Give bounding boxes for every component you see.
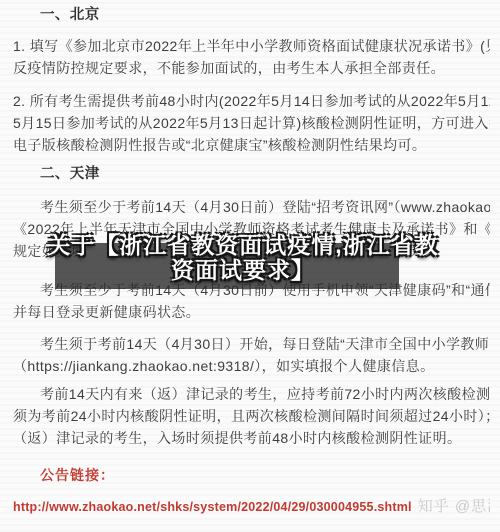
overlay-title-line1: 关于【浙江省教资面试疫情,浙江省教 bbox=[0, 233, 486, 258]
doc-line: （https://jiankang.zhaokao.net:9318/），如实填… bbox=[13, 355, 490, 377]
section-heading-beijing: 一、北京 bbox=[13, 4, 490, 26]
tianjin-paragraph-4: 考前14天内有来（返）津记录的考生，应持考前72小时内两次核酸检测阴性证明（其中… bbox=[13, 383, 490, 449]
doc-line: 反疫情防控规定要求，不能参加面试的，由考生本人承担全部责任。 bbox=[13, 57, 490, 79]
announcement-url-link[interactable]: http://www.zhaokao.net/shks/system/2022/… bbox=[13, 500, 412, 514]
beijing-paragraph-1: 1. 填写《参加北京市2022年上半年中小学教师资格面试健康状况承诺书》(见附件… bbox=[13, 35, 490, 79]
doc-line: 考前14天内有来（返）津记录的考生，应持考前72小时内两次核酸检测阴性证明（其中… bbox=[13, 383, 490, 405]
announcement-link-label: 公告链接： bbox=[13, 464, 490, 486]
announcement-link-block: 公告链接： bbox=[13, 464, 490, 486]
heading-beijing: 一、北京 bbox=[13, 4, 490, 26]
doc-line: 考生须至少于考前14天（4月30日前）登陆“招考资讯网”（www.zhaokao… bbox=[13, 196, 490, 218]
tianjin-paragraph-3: 考生须于考前14天（4月30日）开始，每日登陆“天津市全国中小学教师资格考试健康… bbox=[13, 333, 490, 377]
overlay-title-line2: 资面试要求】 bbox=[0, 258, 486, 283]
doc-line: 须为考前24小时内核酸阴性证明，且两次核酸检测间隔时间须超过24小时）；考前14… bbox=[13, 405, 490, 427]
doc-line: 1. 填写《参加北京市2022年上半年中小学教师资格面试健康状况承诺书》(见附件… bbox=[13, 35, 490, 57]
doc-line: 2. 所有考生需提供考前48小时内(2022年5月14日参加考试的从2022年5… bbox=[13, 90, 490, 112]
doc-line: 5月15日参加考试的从2022年5月13日起计算)核酸检测阴性证明，方可进入考点… bbox=[13, 112, 490, 134]
article-screenshot: 一、北京 1. 填写《参加北京市2022年上半年中小学教师资格面试健康状况承诺书… bbox=[0, 0, 500, 532]
beijing-paragraph-2: 2. 所有考生需提供考前48小时内(2022年5月14日参加考试的从2022年5… bbox=[13, 90, 490, 156]
section-heading-tianjin: 二、天津 bbox=[13, 163, 490, 185]
doc-line: 并每日登录更新健康码状态。 bbox=[13, 301, 490, 323]
zhihu-watermark: 知乎 @思鸿网校 bbox=[418, 498, 490, 515]
announcement-url-block: http://www.zhaokao.net/shks/system/2022/… bbox=[13, 496, 490, 518]
doc-line: 考生须于考前14天（4月30日）开始，每日登陆“天津市全国中小学教师资格考试健康… bbox=[13, 333, 490, 355]
doc-line: （返）津记录的考生，入场时须提供考前48小时内核酸检测阴性证明。 bbox=[13, 427, 490, 449]
overlay-title: 关于【浙江省教资面试疫情,浙江省教 资面试要求】 bbox=[0, 233, 486, 283]
heading-tianjin: 二、天津 bbox=[13, 163, 490, 185]
doc-line: 电子版核酸检测阴性报告或“北京健康宝”核酸检测阴性结果均可。 bbox=[13, 134, 490, 156]
